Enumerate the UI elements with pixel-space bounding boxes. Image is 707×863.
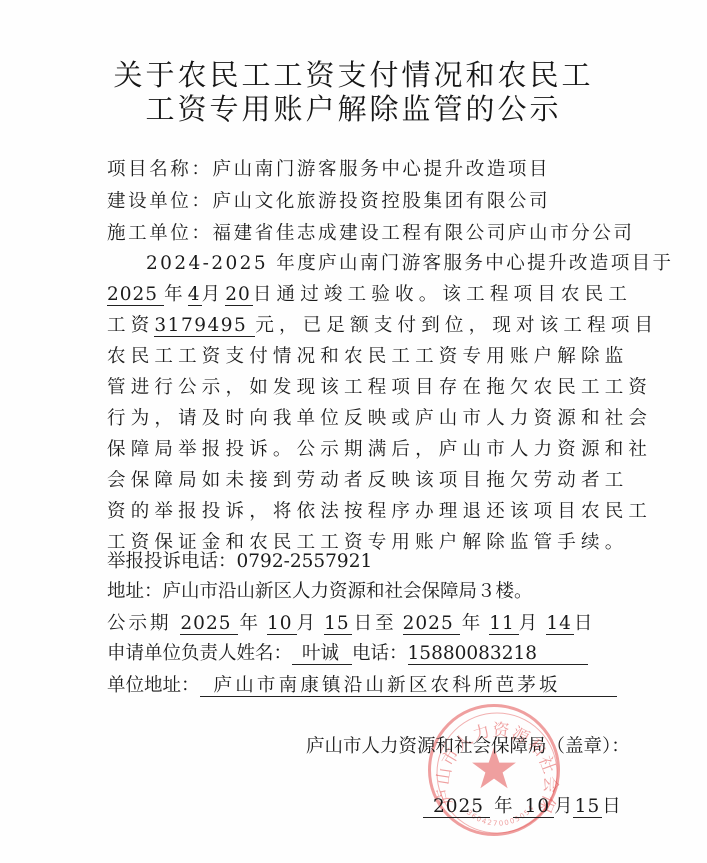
builder-row: 建设单位：庐山文化旅游投资控股集团有限公司 [107,190,550,214]
applicant-name-label: 申请单位负责人姓名： [107,643,292,664]
contractor-value: 福建省佳志成建设工程有限公司庐山市分公司 [213,223,635,244]
hotline-number: 0792-2557921 [237,551,373,572]
body-line-3-rest: 元，已足额支付到位，现对该工程项目 [255,315,658,336]
hotline-row: 举报投诉电话：0792-2557921 [107,550,372,574]
address-label: 地址： [107,581,163,602]
period-start-year: 2025 [180,614,237,635]
builder-label: 建设单位： [107,191,213,212]
month-char: 月 [297,613,319,634]
unit-address: 庐山市南康镇沿山新区农科所芭茅坂 [200,676,617,697]
address-value: 庐山市沿山新区人力资源和社会保障局３楼。 [163,581,533,602]
day-char: 日 [574,613,596,634]
applicant-row: 申请单位负责人姓名：叶诚电话：15880083218 [107,642,588,666]
month-char: 月 [202,284,226,305]
body-line-6: 行为，请及时向我单位反映或庐山市人力资源和社会 [107,407,652,431]
acceptance-month: 4 [188,285,202,306]
notice-document: 关于农民工工资支付情况和农民工 工资专用账户解除监管的公示 项目名称：庐山南门游… [0,0,707,863]
unit-address-label: 单位地址： [107,675,200,696]
hotline-label: 举报投诉电话： [107,551,237,572]
builder-value: 庐山文化旅游投资控股集团有限公司 [213,191,551,212]
signature-day: 15 [573,797,603,818]
year-char: 年 [494,796,513,817]
period-start-month: 10 [267,614,297,635]
title-line-2: 工资专用账户解除监管的公示 [0,92,707,126]
project-name-value: 庐山南门游客服务中心提升改造项目 [213,159,551,180]
seal-ring: 庐山市人力资源和社会保障局 3604270005054 [431,707,563,839]
body-line-5: 管进行公示，如发现该工程项目存在拖欠农民工工资 [107,376,652,400]
contractor-row: 施工单位：福建省佳志成建设工程有限公司庐山市分公司 [107,222,635,246]
body-line-3-prefix: 工资 [107,315,154,336]
day-char: 日 [602,796,621,817]
body-line-7: 保障局举报投诉。公示期满后，庐山市人力资源和社 [107,438,652,462]
project-name-label: 项目名称： [107,159,213,180]
period-end-month: 11 [489,614,519,635]
year-char: 年 [240,613,262,634]
body-line-9: 资的举报投诉，将依法按程序办理退还该项目农民工 [107,500,652,524]
address-row: 地址：庐山市沿山新区人力资源和社会保障局３楼。 [107,580,533,604]
year-char: 年 [462,613,484,634]
project-name-row: 项目名称：庐山南门游客服务中心提升改造项目 [107,158,550,182]
signature-date: 2025年10月15日 [423,792,621,818]
period-label: 公示期 [107,613,172,634]
period-start-day: 15 [324,614,352,635]
signature-month: 10 [513,797,555,818]
body-line-2: 2025年4月20日通过竣工验收。该工程项目农民工 [107,283,632,307]
unit-address-row: 单位地址：庐山市南康镇沿山新区农科所芭茅坂 [107,674,617,698]
body-line-3: 工资3179495元，已足额支付到位，现对该工程项目 [107,314,658,338]
period-end-day: 14 [546,614,574,635]
acceptance-year: 2025 [107,285,164,306]
period-end-year: 2025 [403,614,460,635]
issuer-signature: 庐山市人力资源和社会保障局（盖章）： [306,732,630,758]
to-char: 日至 [354,613,397,634]
applicant-name: 叶诚 [292,644,352,665]
contractor-label: 施工单位： [107,223,213,244]
wage-amount: 3179495 [154,316,255,337]
body-line-8: 会保障局如未接到劳动者反映该项目拖欠劳动者工 [107,469,628,493]
publicity-period-row: 公示期 2025年10月15日至2025年11月14日 [107,612,595,636]
body-line-2-rest: 日通过竣工验收。该工程项目农民工 [253,284,632,305]
applicant-phone: 15880083218 [408,644,588,665]
month-char: 月 [519,613,541,634]
month-char: 月 [554,796,573,817]
year-char: 年 [164,284,188,305]
body-line-4: 农民工工资支付情况和农民工工资专用账户解除监 [107,345,628,369]
acceptance-day: 20 [225,285,253,306]
title-line-1: 关于农民工工资支付情况和农民工 [0,58,707,92]
phone-label: 电话： [352,643,408,664]
signature-year: 2025 [423,797,490,818]
body-line-1: 2024-2025 年度庐山南门游客服务中心提升改造项目于 [146,252,673,276]
